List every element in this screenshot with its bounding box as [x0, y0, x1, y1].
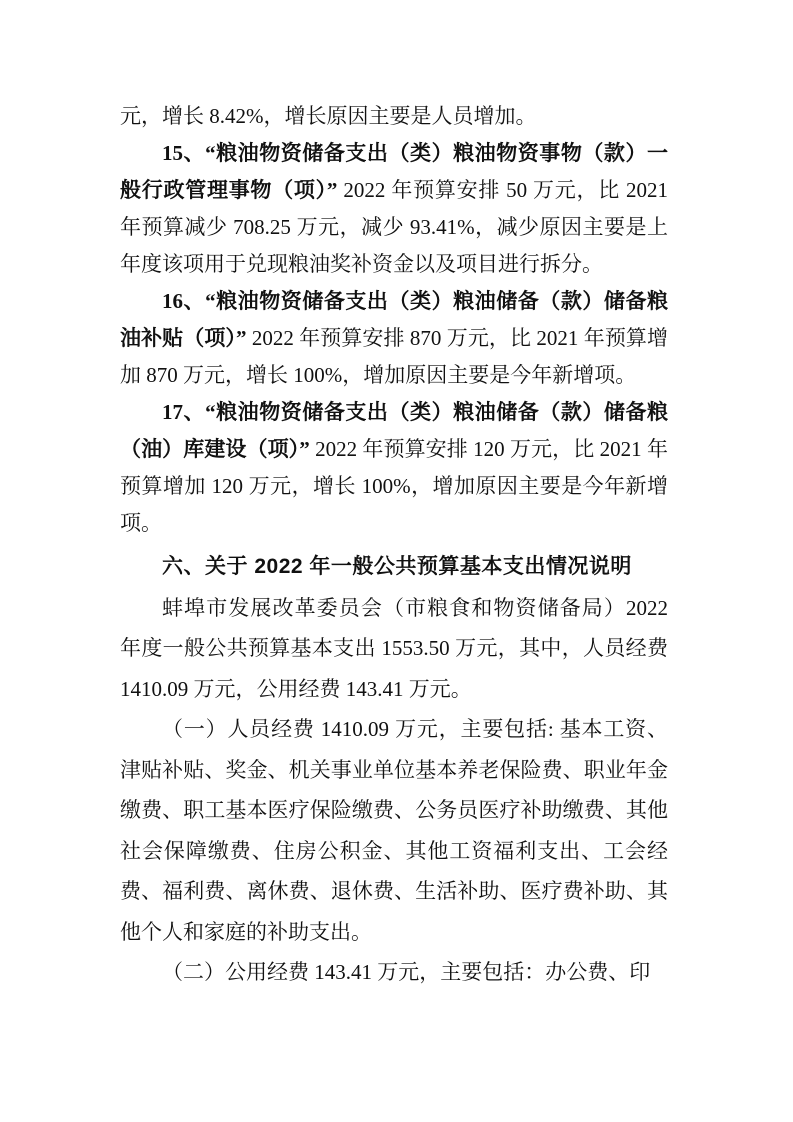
document-body: 元，增长 8.42%，增长原因主要是人员增加。 15、“粮油物资储备支出（类）粮… — [120, 98, 668, 993]
text-run: （二）公用经费 143.41 万元，主要包括：办公费、印 — [162, 960, 650, 984]
paragraph-item-16: 16、“粮油物资储备支出（类）粮油储备（款）储备粮油补贴（项）” 2022 年预… — [120, 283, 668, 394]
text-run: 六、关于 2022 年一般公共预算基本支出情况说明 — [162, 555, 632, 578]
paragraph-continuation: 元，增长 8.42%，增长原因主要是人员增加。 — [120, 98, 668, 135]
section-heading: 六、关于 2022 年一般公共预算基本支出情况说明 — [120, 547, 668, 588]
paragraph-public-funds: （二）公用经费 143.41 万元，主要包括：办公费、印 — [120, 952, 668, 993]
text-run: 元，增长 8.42%，增长原因主要是人员增加。 — [120, 104, 537, 128]
paragraph-item-17: 17、“粮油物资储备支出（类）粮油储备（款）储备粮（油）库建设（项）” 2022… — [120, 394, 668, 542]
text-run: （一）人员经费 1410.09 万元，主要包括: 基本工资、津贴补贴、奖金、机关… — [120, 717, 668, 944]
paragraph-item-15: 15、“粮油物资储备支出（类）粮油物资事物（款）一般行政管理事物（项）” 202… — [120, 135, 668, 283]
text-run: 蚌埠市发展改革委员会（市粮食和物资储备局）2022 年度一般公共预算基本支出 1… — [120, 596, 668, 701]
section-basic-expenditure: 六、关于 2022 年一般公共预算基本支出情况说明 蚌埠市发展改革委员会（市粮食… — [120, 547, 668, 993]
paragraph-personnel-funds: （一）人员经费 1410.09 万元，主要包括: 基本工资、津贴补贴、奖金、机关… — [120, 709, 668, 952]
paragraph-basic-expenditure-summary: 蚌埠市发展改革委员会（市粮食和物资储备局）2022 年度一般公共预算基本支出 1… — [120, 588, 668, 710]
document-page: 元，增长 8.42%，增长原因主要是人员增加。 15、“粮油物资储备支出（类）粮… — [0, 0, 793, 1122]
section-project-items: 元，增长 8.42%，增长原因主要是人员增加。 15、“粮油物资储备支出（类）粮… — [120, 98, 668, 542]
